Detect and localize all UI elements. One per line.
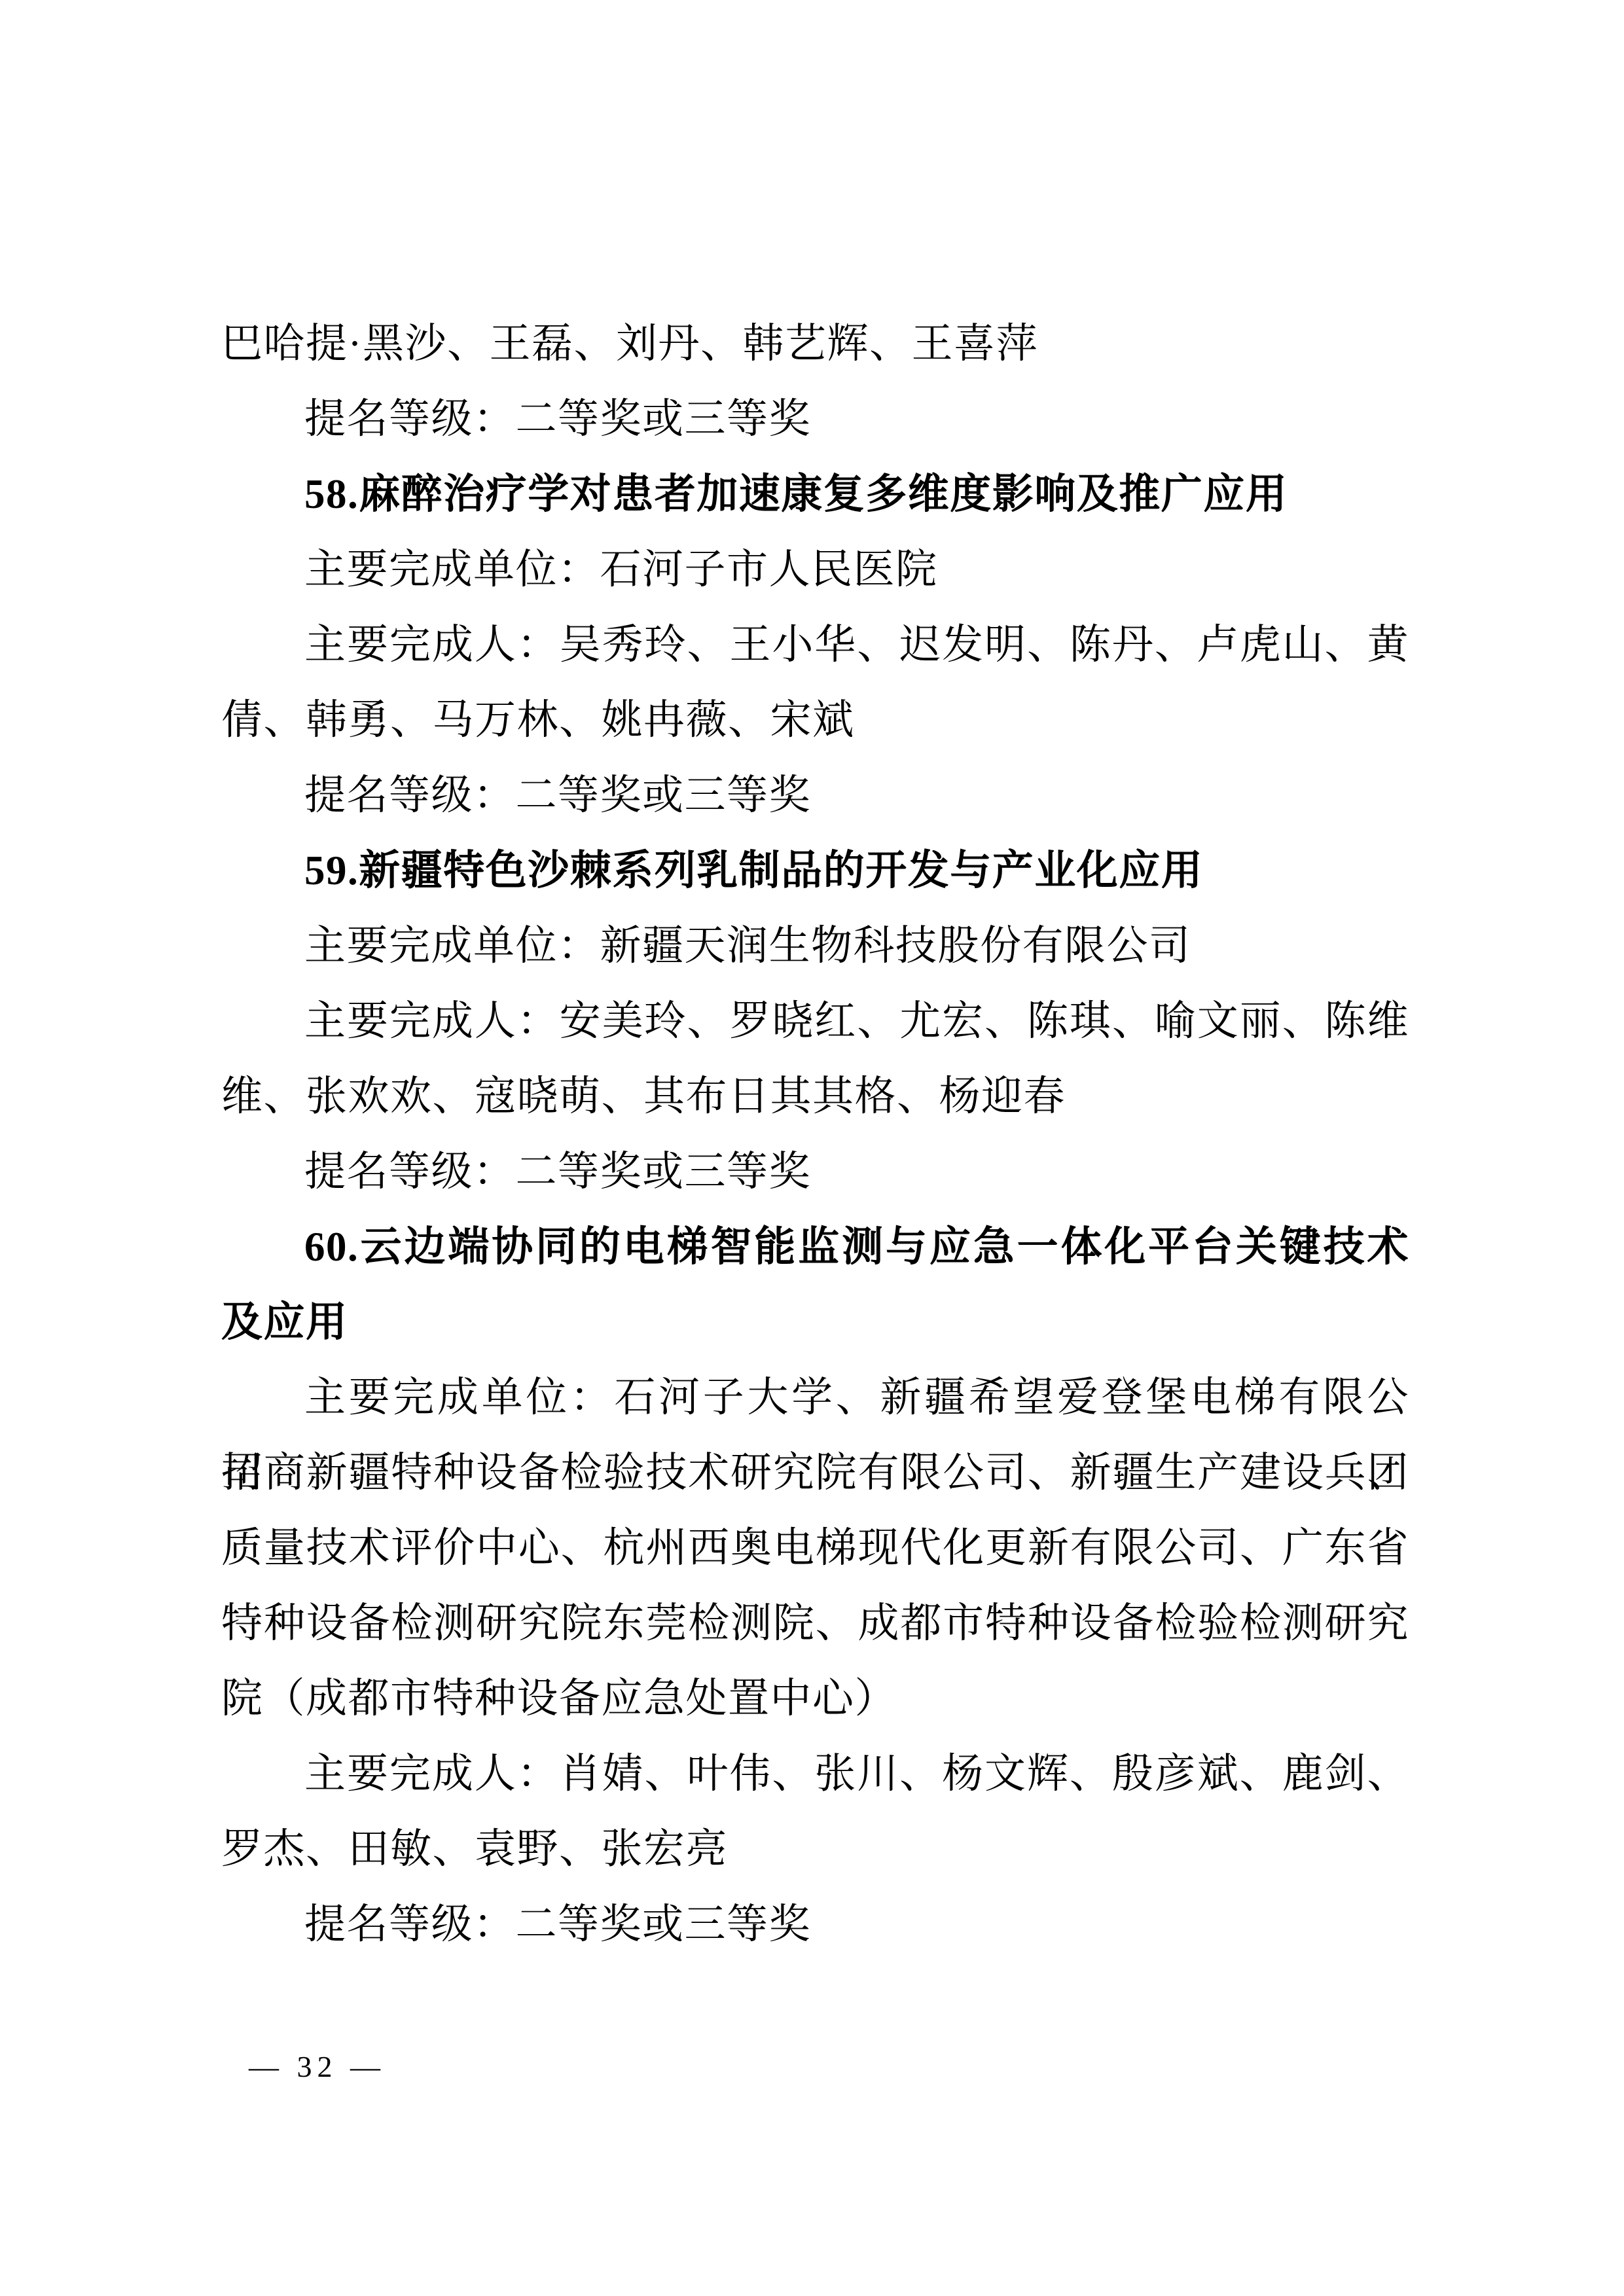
project-60-units-line-4: 特种设备检测研究院东莞检测院、成都市特种设备检验检测研究 bbox=[221, 1586, 1409, 1661]
nomination-grade-line: 提名等级：二等奖或三等奖 bbox=[221, 382, 1409, 457]
project-60-units-line-5: 院（成都市特种设备应急处置中心） bbox=[221, 1661, 1409, 1736]
project-60-title-line-1: 60.云边端协同的电梯智能监测与应急一体化平台关键技术 bbox=[221, 1210, 1409, 1285]
project-60-persons-line-2: 罗杰、田敏、袁野、张宏亮 bbox=[221, 1812, 1409, 1887]
project-59-title: 59.新疆特色沙棘系列乳制品的开发与产业化应用 bbox=[221, 833, 1409, 908]
project-60-units-line-3: 质量技术评价中心、杭州西奥电梯现代化更新有限公司、广东省 bbox=[221, 1511, 1409, 1586]
project-58-title: 58.麻醉治疗学对患者加速康复多维度影响及推广应用 bbox=[221, 457, 1409, 532]
project-60-persons-line-1: 主要完成人：肖婧、叶伟、张川、杨文辉、殷彦斌、鹿剑、 bbox=[221, 1736, 1409, 1812]
project-60-grade-line: 提名等级：二等奖或三等奖 bbox=[221, 1887, 1409, 1962]
document-text-block: 巴哈提·黑沙、王磊、刘丹、韩艺辉、王喜萍 提名等级：二等奖或三等奖 58.麻醉治… bbox=[221, 306, 1409, 1962]
project-59-units-line: 主要完成单位：新疆天润生物科技股份有限公司 bbox=[221, 908, 1409, 984]
page-number: — 32 — bbox=[249, 2047, 386, 2087]
project-58-persons-line-2: 倩、韩勇、马万林、姚冉薇、宋斌 bbox=[221, 683, 1409, 758]
project-58-grade-line: 提名等级：二等奖或三等奖 bbox=[221, 758, 1409, 833]
project-58-units-line: 主要完成单位：石河子市人民医院 bbox=[221, 532, 1409, 607]
project-59-grade-line: 提名等级：二等奖或三等奖 bbox=[221, 1134, 1409, 1210]
project-59-persons-line-2: 维、张欢欢、寇晓萌、其布日其其格、杨迎春 bbox=[221, 1059, 1409, 1134]
project-60-units-line-2: 招商新疆特种设备检验技术研究院有限公司、新疆生产建设兵团 bbox=[221, 1435, 1409, 1511]
project-60-title-line-2: 及应用 bbox=[221, 1285, 1409, 1360]
nominees-continuation-line: 巴哈提·黑沙、王磊、刘丹、韩艺辉、王喜萍 bbox=[221, 306, 1409, 382]
project-60-units-line-1: 主要完成单位：石河子大学、新疆希望爱登堡电梯有限公司、 bbox=[221, 1360, 1409, 1435]
project-59-persons-line-1: 主要完成人：安美玲、罗晓红、尤宏、陈琪、喻文丽、陈维 bbox=[221, 984, 1409, 1059]
project-58-persons-line-1: 主要完成人：吴秀玲、王小华、迟发明、陈丹、卢虎山、黄 bbox=[221, 607, 1409, 683]
